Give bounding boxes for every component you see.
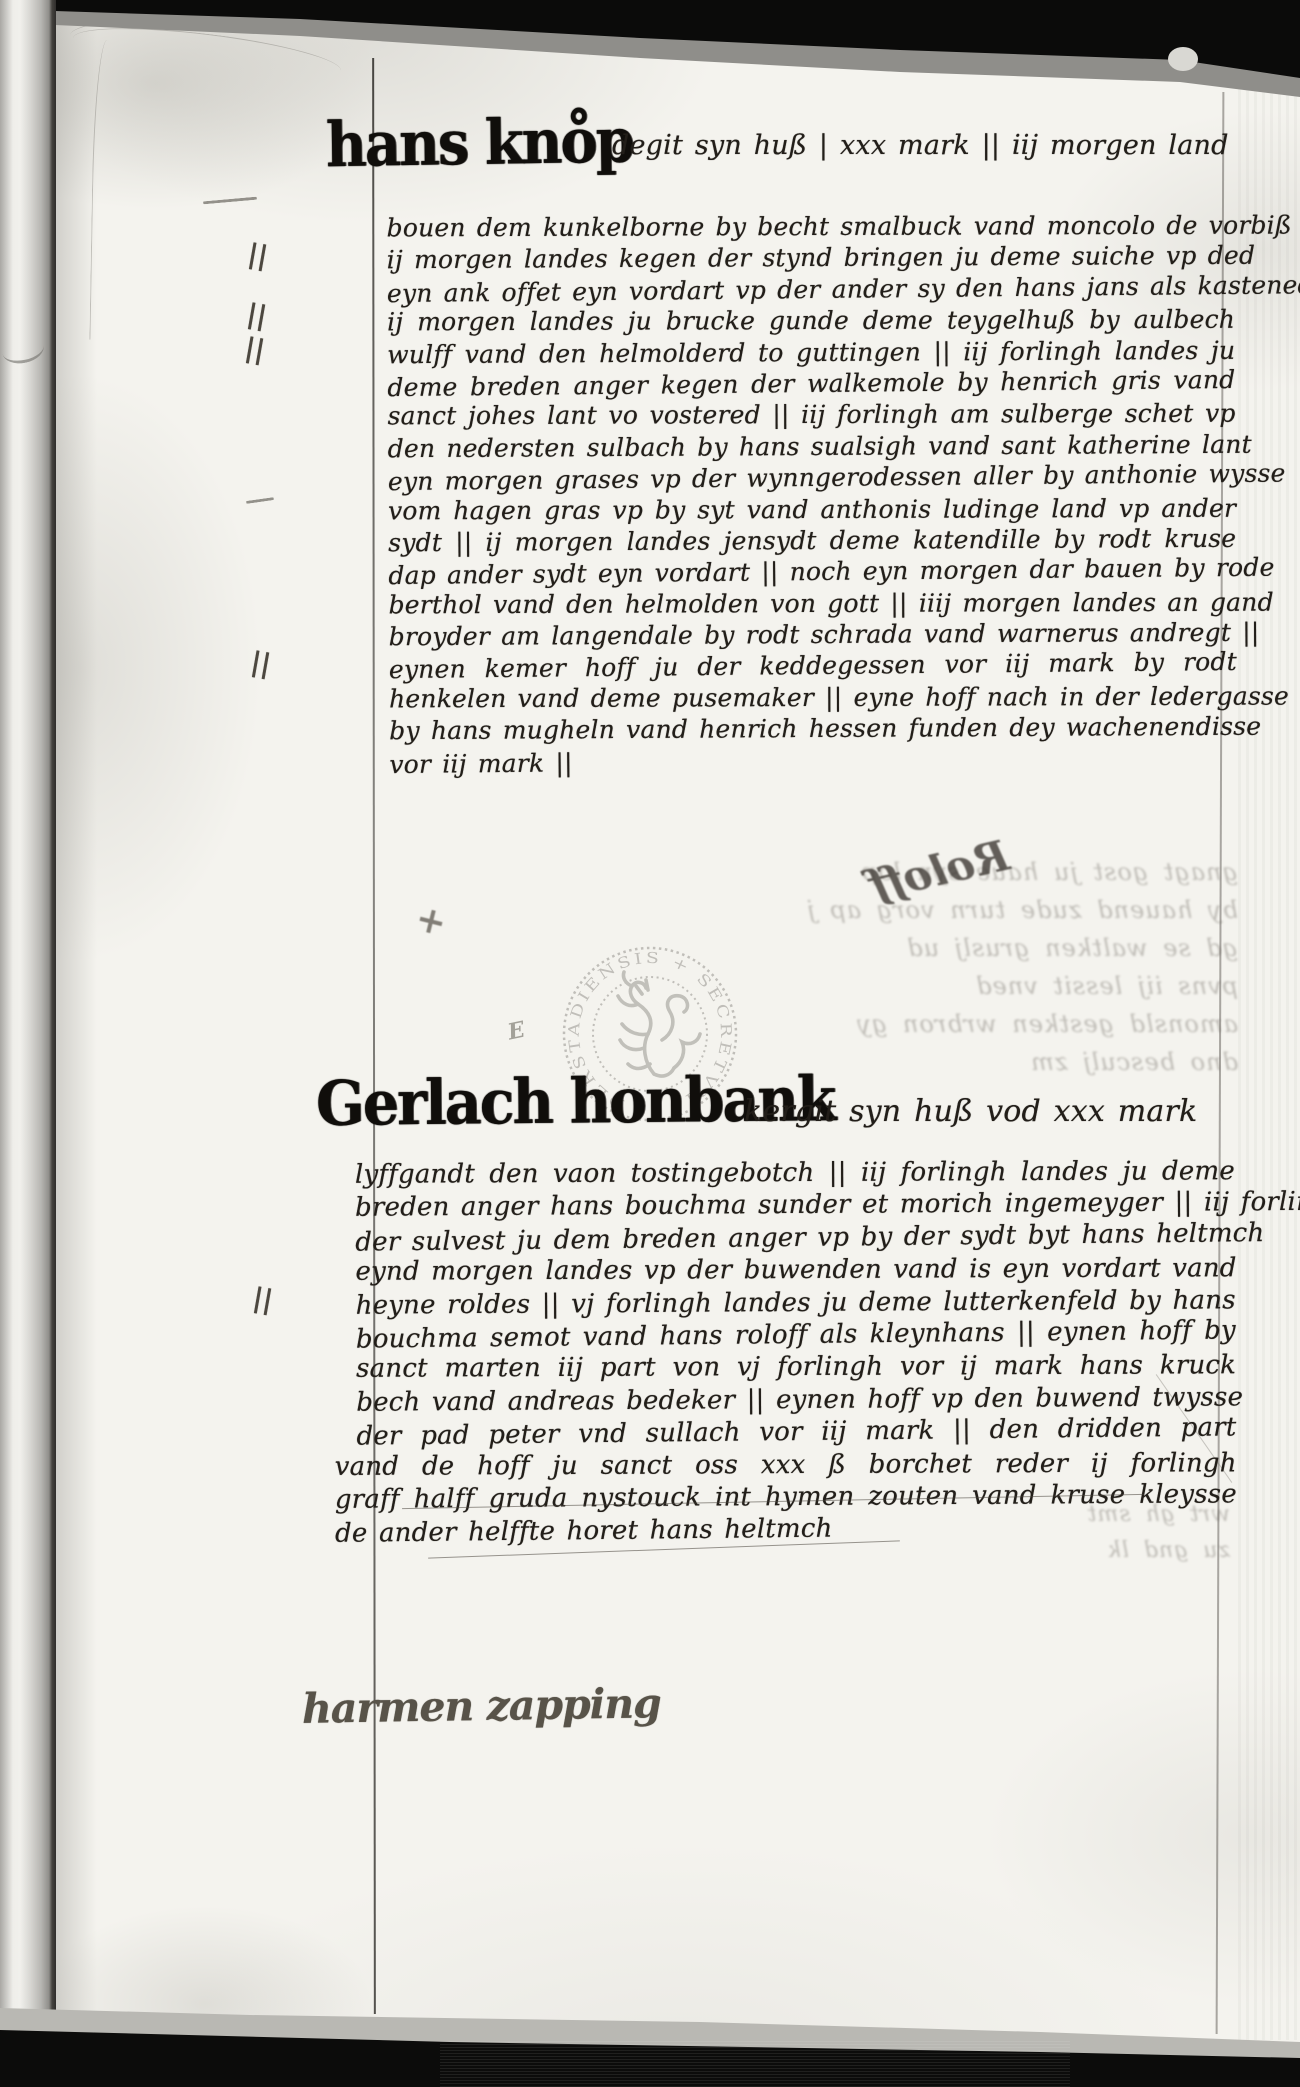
- entry-heading-continuation: degit syn huß | xxx mark || iij morgen l…: [612, 130, 1229, 161]
- entry-body-gerlach-honbank: lyffgandt den vaon tostingebotch || iij …: [355, 1155, 1237, 1549]
- text-line: eynd morgen landes vp der buwenden vand …: [355, 1253, 1235, 1289]
- entry-heading-continuation: kergit syn huß vod xxx mark: [744, 1094, 1197, 1129]
- text-line: vom hagen gras vp by syt vand anthonis l…: [388, 493, 1236, 527]
- entry-body-hans-knop: bouen dem kunkelborne by becht smalbuck …: [387, 210, 1238, 779]
- scanline-artifact: [440, 2040, 1070, 2087]
- stamp-lion-rampant-icon: [618, 972, 700, 1076]
- text-line: vand de hoff ju sanct oss xxx ß borchet …: [335, 1448, 1237, 1484]
- text-line: eyn morgen grases vp der wynngerodessen …: [388, 459, 1236, 499]
- adjacent-page-edges: [0, 0, 56, 2087]
- ghost-line: gnagt gost ju haue syn lop: [392, 858, 1238, 896]
- text-line: vor iij mark ||: [389, 742, 1237, 782]
- entry-heading-harmen-zapping: harmen zapping: [302, 1679, 661, 1733]
- paper-edge-texture: [1238, 80, 1300, 2040]
- ghost-line: by hauend zude turn vorg ap j: [432, 896, 1238, 934]
- text-line: bouen dem kunkelborne by becht smalbuck …: [387, 211, 1235, 245]
- text-line: eynen kemer hoff ju der keddegessen vor …: [389, 647, 1237, 687]
- text-line: sanct johes lant vo vostered || iij forl…: [388, 399, 1236, 433]
- text-line: sanct marten iij part von vj forlingh vo…: [356, 1351, 1236, 1387]
- text-line: dap ander sydt eyn vordart || noch eyn m…: [388, 553, 1236, 593]
- entry-heading-hans-knop: hans kno̊p: [326, 104, 634, 181]
- text-line: lyffgandt den vaon tostingebotch || iij …: [355, 1156, 1235, 1192]
- verso-showthrough: gnagt gost ju haue syn lop by hauend zud…: [392, 858, 1238, 1086]
- page-edge-bump: [1168, 47, 1198, 71]
- text-line: berthol vand den helmolden von gott || i…: [389, 587, 1237, 621]
- text-line: ij morgen landes ju brucke gunde deme te…: [387, 305, 1235, 339]
- text-line: henkelen vand deme pusemaker || eyne hof…: [389, 682, 1237, 716]
